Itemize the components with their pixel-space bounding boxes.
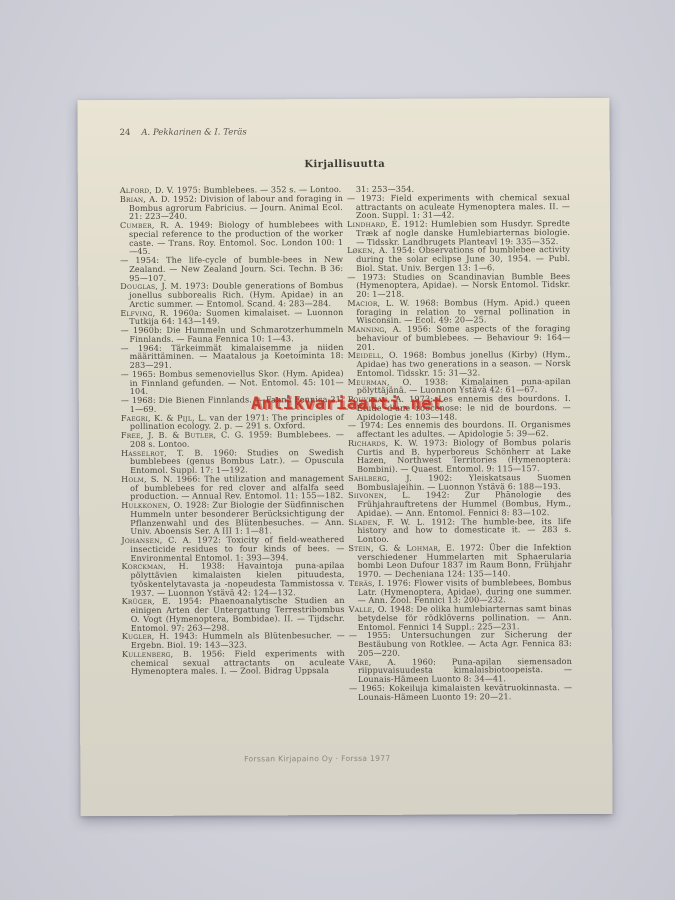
reference-entry: Sladen, F. W. L. 1912: The humble-bee, i… bbox=[348, 517, 571, 544]
reference-text: — 1965: Bombus semenoviellus Skor. (Hym.… bbox=[121, 368, 344, 396]
reference-entry: Brian, A. D. 1952: Division of labour an… bbox=[120, 194, 343, 221]
reference-entry: — 1973: Field experiments with chemical … bbox=[347, 193, 570, 220]
reference-text: — 1973: Field experiments with chemical … bbox=[347, 192, 570, 220]
page-content: 24 A. Pekkarinen & I. Teräs Kirjallisuut… bbox=[120, 126, 573, 702]
reference-columns: Alford, D. V. 1975: Bumblebees. — 352 s.… bbox=[120, 184, 572, 702]
reference-column-left: Alford, D. V. 1975: Bumblebees. — 352 s.… bbox=[120, 185, 345, 702]
reference-entry: Kullenberg, B. 1956: Field experiments w… bbox=[122, 649, 345, 676]
reference-entry: — 1965: Bombus semenoviellus Skor. (Hym.… bbox=[121, 369, 344, 396]
reference-entry: — 1973: Studies on Scandinavian Bumble B… bbox=[347, 272, 570, 299]
reference-entry: — 1954: The life-cycle of bumble-bees in… bbox=[120, 255, 343, 282]
reference-entry: Løken, A. 1954: Observations of bumblebe… bbox=[347, 245, 570, 272]
reference-entry: Valle, O. 1948: De olika humlebiarternas… bbox=[349, 604, 572, 631]
reference-entry: Väre, A. 1960: Puna-apilan siemensadon r… bbox=[349, 657, 572, 684]
photo-background: 24 A. Pekkarinen & I. Teräs Kirjallisuut… bbox=[0, 0, 675, 900]
reference-entry: Douglas, J. M. 1973: Double generations … bbox=[120, 281, 343, 308]
reference-entry: Cumber, R. A. 1949: Biology of humblebee… bbox=[120, 220, 343, 256]
reference-entry: Pouvreau, A. 1973: Les ennemis des bourd… bbox=[348, 394, 571, 421]
reference-entry: Richards, K. W. 1973: Biology of Bombus … bbox=[348, 438, 571, 474]
reference-entry: Korckman, H. 1938: Havaintoja puna-apila… bbox=[121, 561, 344, 597]
page-number: 24 bbox=[120, 128, 131, 138]
reference-text: — 1954: The life-cycle of bumble-bees in… bbox=[120, 254, 343, 282]
reference-text: — 1965: Kokeiluja kimalaisten kevätruoki… bbox=[349, 682, 572, 702]
reference-entry: Hasselrot, T. B. 1960: Studies on Swedis… bbox=[121, 448, 344, 475]
scanned-page: 24 A. Pekkarinen & I. Teräs Kirjallisuut… bbox=[77, 98, 612, 816]
reference-text: 1948: De olika humlebiarternas samt bina… bbox=[358, 603, 572, 631]
reference-entry: Stein, G. & Lohmar, E. 1972: Über die In… bbox=[348, 543, 571, 579]
reference-entry: Johansen, C. A. 1972: Toxicity of field-… bbox=[121, 535, 344, 562]
running-head-authors: A. Pekkarinen & I. Teräs bbox=[141, 127, 246, 137]
reference-text: — 1973: Studies on Scandinavian Bumble B… bbox=[347, 271, 570, 299]
reference-entry: Manning, A. 1956: Some aspects of the fo… bbox=[347, 324, 570, 351]
reference-entry: — 1964: Tärkeimmät kimalaisemme ja niide… bbox=[121, 343, 344, 370]
reference-text: 1954: Observations of bumblebee activity… bbox=[356, 244, 570, 272]
reference-text: — 1964: Tärkeimmät kimalaisemme ja niide… bbox=[120, 342, 343, 370]
reference-entry: Holm, S. N. 1966: The utilization and ma… bbox=[121, 474, 344, 501]
running-head: 24 A. Pekkarinen & I. Teräs bbox=[120, 126, 570, 138]
reference-entry: Teräs, I. 1976: Flower visits of bumbleb… bbox=[349, 578, 572, 605]
reference-entry: Hulkkonen, O. 1928: Zur Biologie der Süd… bbox=[121, 500, 344, 536]
reference-entry: Krüger, E. 1954: Phaenoanalytische Studi… bbox=[122, 596, 345, 632]
reference-text: 1976: Flower visits of bumblebees, Bombu… bbox=[358, 577, 572, 605]
reference-entry: — 1965: Kokeiluja kimalaisten kevätruoki… bbox=[349, 683, 572, 701]
reference-entry: Macior, L. W. 1968: Bombus (Hym. Apid.) … bbox=[347, 298, 570, 325]
reference-entry: Meidell, O. 1968: Bombus jonellus (Kirby… bbox=[348, 350, 571, 377]
reference-text: — 1955: Untersuchungen zur Sicherung der… bbox=[349, 629, 572, 657]
reference-entry: Siivonen, L. 1942: Zur Phänologie des Fr… bbox=[348, 490, 571, 517]
page-title: Kirjallisuutta bbox=[120, 158, 570, 171]
printer-imprint: Forssan Kirjapaino Oy · Forssa 1977 bbox=[92, 753, 542, 764]
reference-entry: — 1955: Untersuchungen zur Sicherung der… bbox=[349, 630, 572, 657]
reference-entry: Lindhard, E. 1912: Humlebien som Husdyr.… bbox=[347, 219, 570, 246]
reference-column-right: 31: 253—354. — 1973: Field experiments w… bbox=[347, 184, 572, 701]
